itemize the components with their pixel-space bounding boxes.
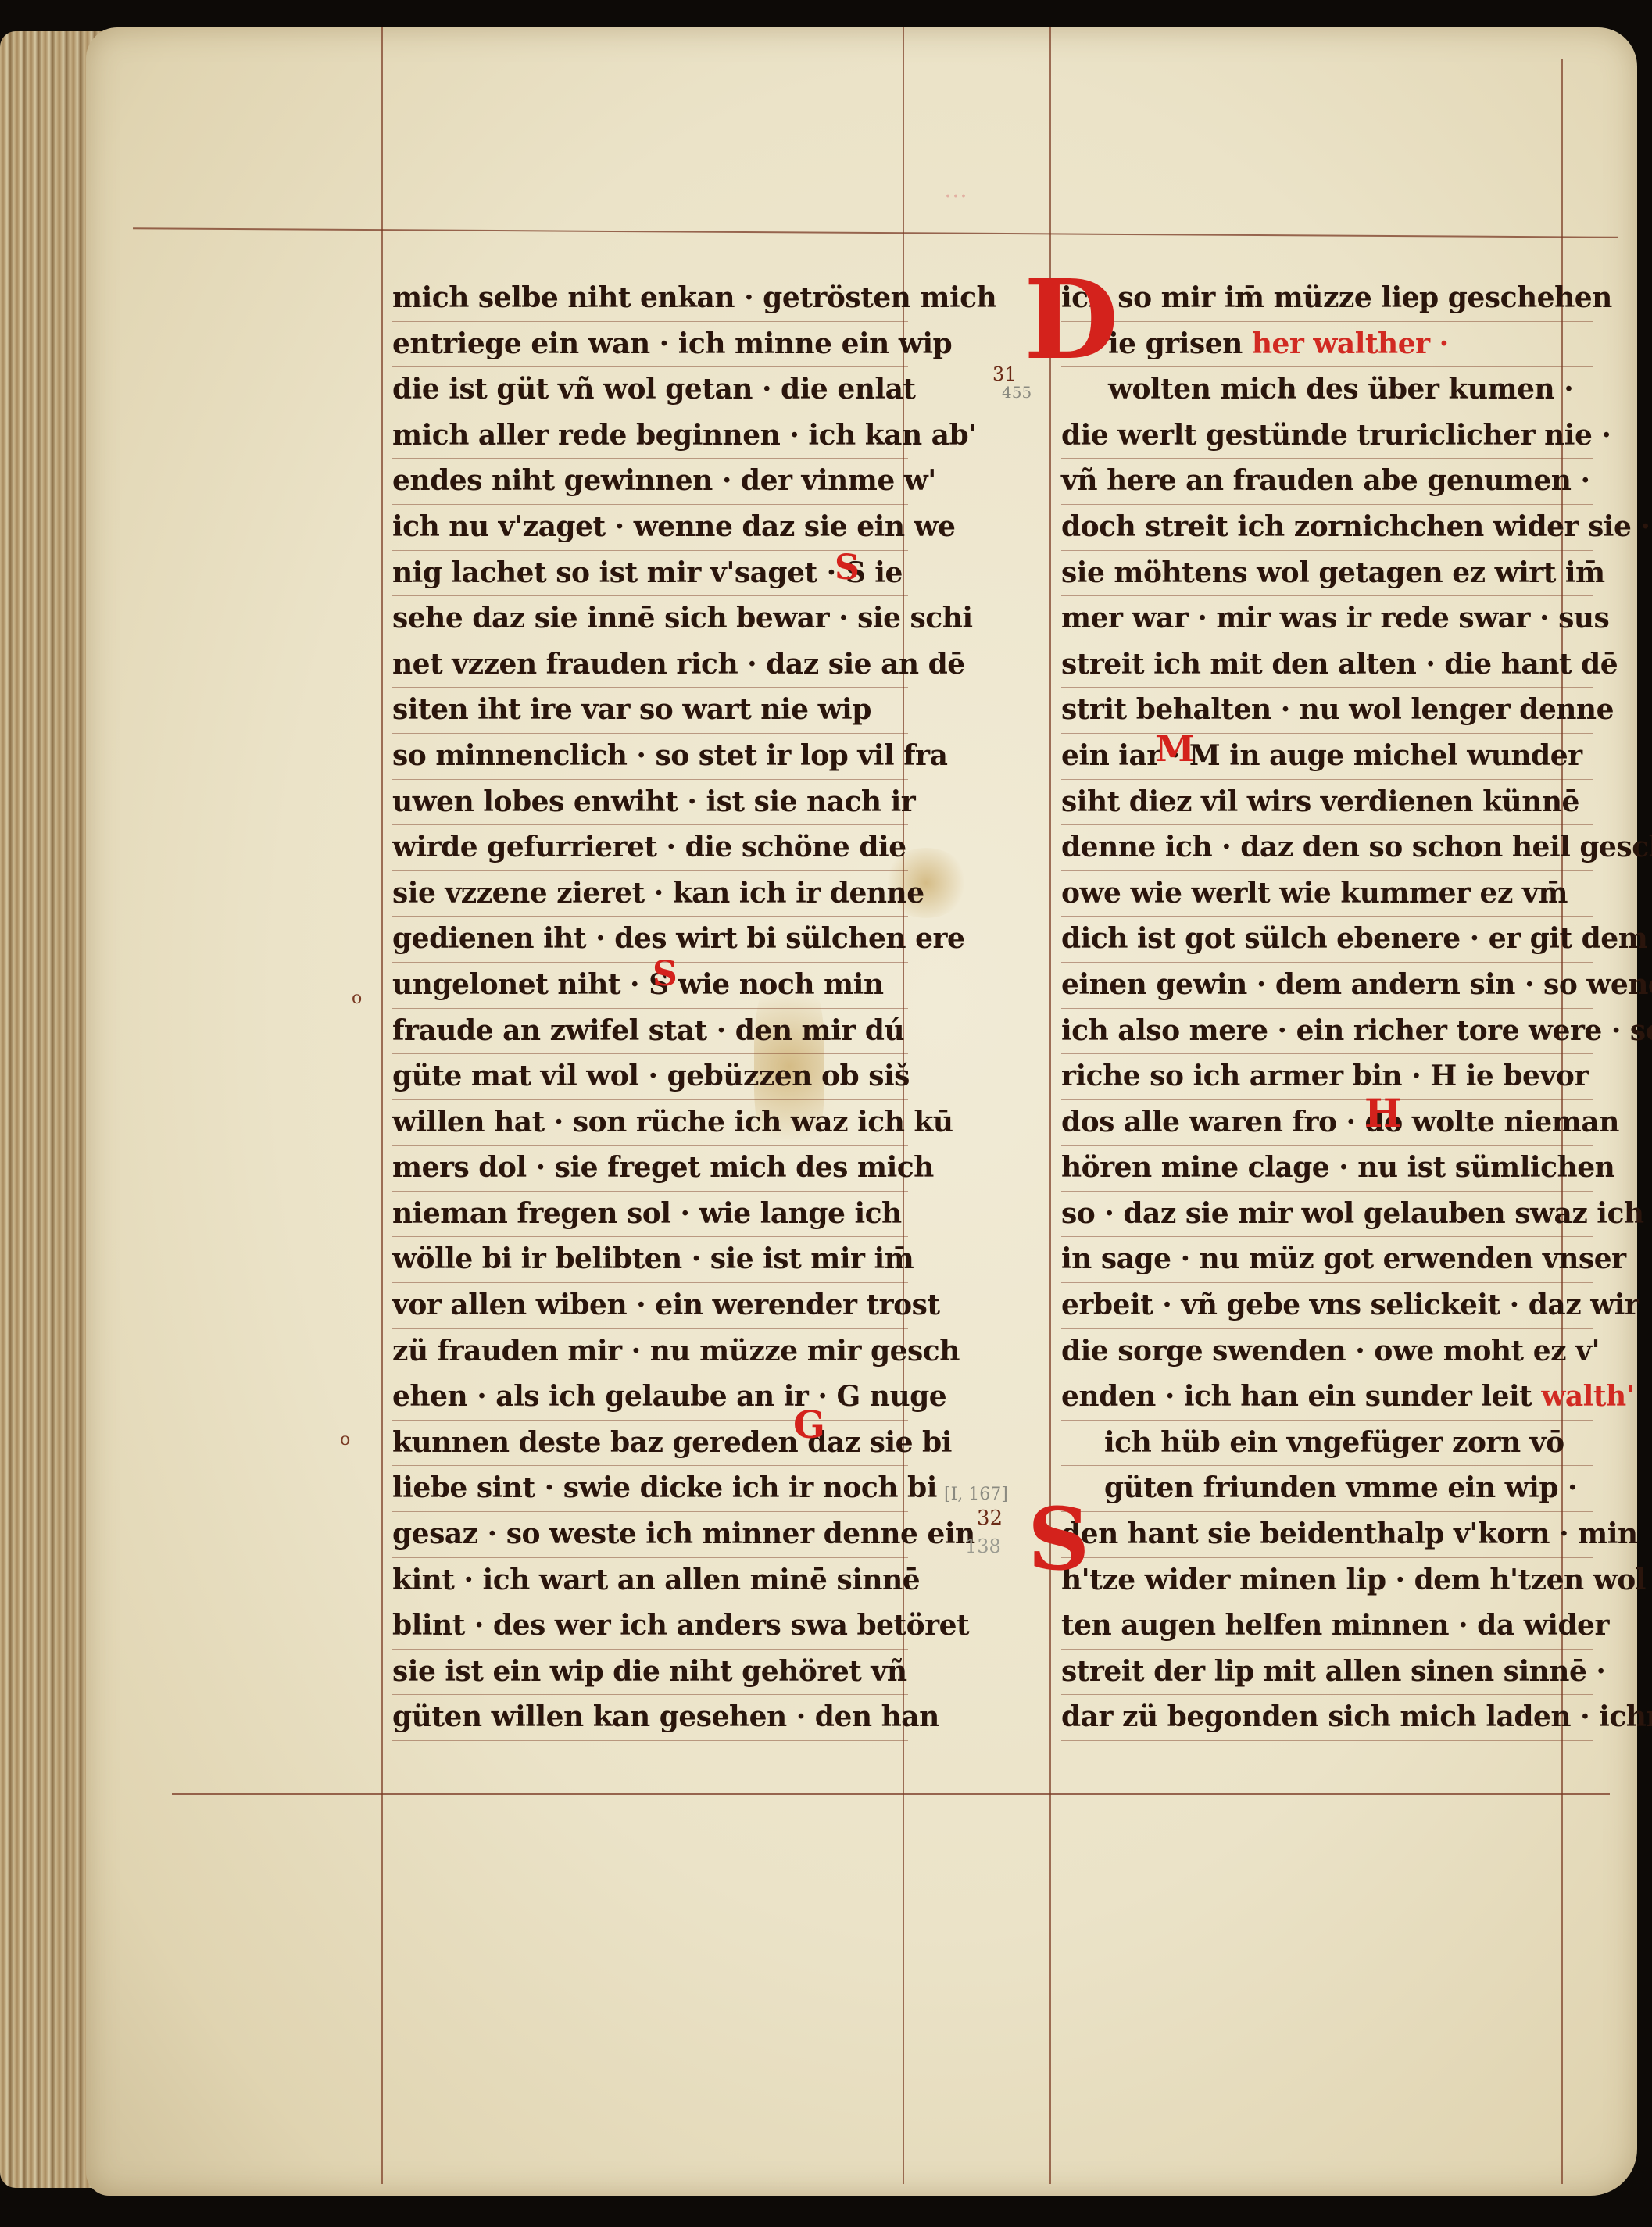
text-line: wirde gefurrieret · die schöne die	[392, 825, 908, 871]
text-line: die ist güt vñ wol getan · die enlat	[392, 367, 908, 413]
text-line: den hant sie beidenthalp v'korn · min	[1061, 1512, 1593, 1558]
margin-mark: o	[340, 1430, 350, 1450]
text-line: sie ist ein wip die niht gehöret vñ	[392, 1650, 908, 1696]
text-line: vor allen wiben · ein werender trost	[392, 1283, 908, 1329]
text-line: sehe daz sie innē sich bewar · sie schi	[392, 596, 908, 642]
text-line: sie möhtens wol getagen ez wirt im̄	[1061, 551, 1593, 597]
text-line: ten augen helfen minnen · da wider	[1061, 1603, 1593, 1650]
text-line: willen hat · son rüche ich waz ich kū	[392, 1100, 908, 1146]
text-line: so · daz sie mir wol gelauben swaz ich	[1061, 1192, 1593, 1238]
rubric-author-name: walth'	[1541, 1380, 1634, 1413]
rubric-initial-large: S	[1028, 1496, 1089, 1582]
rubric-initial: M	[1155, 731, 1195, 767]
text-line: ein iar · M in auge michel wunder	[1061, 734, 1593, 780]
manuscript-page: … mich selbe niht enkan · getrösten mich…	[86, 27, 1637, 2196]
text-line: ich also mere · ein richer tore were · s…	[1061, 1009, 1593, 1055]
right-column: ich so mir im̄ müzze liep geschehen ie g…	[1061, 276, 1593, 1741]
text-line: gedienen iht · des wirt bi sülchen ere	[392, 917, 908, 963]
text-line: mer war · mir was ir rede swar · sus	[1061, 596, 1593, 642]
verse-number: 31	[992, 363, 1017, 385]
text-line: ich hüb ein vngefüger zorn vō	[1061, 1421, 1593, 1467]
text-line: einen gewin · dem andern sin · so wene	[1061, 963, 1593, 1009]
text-line: dar zü begonden sich mich laden · ichn	[1061, 1695, 1593, 1741]
rubric-initial: G	[793, 1407, 825, 1444]
text-line: güten friunden vmme ein wip ·	[1061, 1466, 1593, 1512]
rubric-initial: S	[835, 551, 860, 585]
rubric-author-name: her walther ·	[1252, 327, 1449, 360]
text-line: mers dol · sie freget mich des mich	[392, 1146, 908, 1192]
text-line: in sage · nu müz got erwenden vnser	[1061, 1237, 1593, 1283]
text-line: mich aller rede beginnen · ich kan ab'	[392, 413, 908, 459]
text-line: nieman fregen sol · wie lange ich	[392, 1192, 908, 1238]
ruling-top	[133, 227, 1618, 238]
ruling-left-outer	[381, 27, 383, 2184]
text-line: ich nu v'zaget · wenne daz sie ein we	[392, 505, 908, 551]
text-line: ich so mir im̄ müzze liep geschehen	[1061, 276, 1593, 322]
text-line: streit der lip mit allen sinen sinnē ·	[1061, 1650, 1593, 1696]
text-line: güte mat vil wol · gebüzzen ob siš	[392, 1054, 908, 1100]
rubric-initial: S	[653, 957, 678, 992]
text-line: doch streit ich zornichchen wider sie ·	[1061, 505, 1593, 551]
text-line: güten willen kan gesehen · den han	[392, 1695, 908, 1741]
text-line: ehen · als ich gelaube an ir · G nuge	[392, 1374, 908, 1421]
text-line: zü frauden mir · nu müzze mir gesch	[392, 1329, 908, 1375]
text-line: siht diez vil wirs verdienen künnē	[1061, 780, 1593, 826]
rubric-initial: H	[1364, 1094, 1401, 1133]
text-line: erbeit · vñ gebe vns selickeit · daz wir	[1061, 1283, 1593, 1329]
text-line: fraude an zwifel stat · den mir dú	[392, 1009, 908, 1055]
ruling-bottom	[172, 1793, 1610, 1795]
text-line: hören mine clage · nu ist sümlichen	[1061, 1146, 1593, 1192]
text-line: gesaz · so weste ich minner denne ein	[392, 1512, 908, 1558]
pencil-reference: [I, 167]	[944, 1485, 1008, 1504]
text-line: mich selbe niht enkan · getrösten mich	[392, 276, 908, 322]
text-line: endes niht gewinnen · der vinme w'	[392, 459, 908, 505]
left-column: mich selbe niht enkan · getrösten mich e…	[392, 276, 908, 1741]
text-line: wölle bi ir belibten · sie ist mir im̄	[392, 1237, 908, 1283]
text-line: blint · des wer ich anders swa betöret	[392, 1603, 908, 1650]
verse-number: 32	[977, 1507, 1003, 1530]
text-line: liebe sint · swie dicke ich ir noch bi	[392, 1466, 908, 1512]
text-line: owe wie werlt wie kummer ez vm̄	[1061, 871, 1593, 917]
text-line: streit ich mit den alten · die hant dē	[1061, 642, 1593, 688]
rubric-initial-large: D	[1024, 266, 1118, 375]
text-line: so minnenclich · so stet ir lop vil fra	[392, 734, 908, 780]
text-line: riche so ich armer bin · H ie bevor	[1061, 1054, 1593, 1100]
pencil-number: 455	[1002, 383, 1032, 402]
text-line: wolten mich des über kumen ·	[1061, 367, 1593, 413]
text-line: strit behalten · nu wol lenger denne	[1061, 688, 1593, 734]
faint-rubric-trace: …	[944, 176, 967, 203]
text-line: net vzzen frauden rich · daz sie an dē	[392, 642, 908, 688]
text-line: ungelonet niht · S wie noch min	[392, 963, 908, 1009]
text-line: nig lachet so ist mir v'saget · S ie	[392, 551, 908, 597]
text-line: uwen lobes enwiht · ist sie nach ir	[392, 780, 908, 826]
text-line: entriege ein wan · ich minne ein wip	[392, 322, 908, 368]
text-line: denne ich · daz den so schon heil geschi…	[1061, 825, 1593, 871]
text-line: dos alle waren fro · do wolte nieman	[1061, 1100, 1593, 1146]
text-line: die sorge swenden · owe moht ez v'	[1061, 1329, 1593, 1375]
pencil-number: 138	[965, 1535, 1001, 1557]
text-line: kunnen deste baz gereden daz sie bi	[392, 1421, 908, 1467]
text-line: enden · ich han ein sunder leit walth'	[1061, 1374, 1593, 1421]
text-line: dich ist got sülch ebenere · er git dem	[1061, 917, 1593, 963]
margin-mark: o	[352, 988, 362, 1008]
text-line: vñ here an frauden abe genumen ·	[1061, 459, 1593, 505]
text-line: h'tze wider minen lip · dem h'tzen wol	[1061, 1558, 1593, 1604]
text-line: siten iht ire var so wart nie wip	[392, 688, 908, 734]
text-line: kint · ich wart an allen minē sinnē	[392, 1558, 908, 1604]
text-line: die werlt gestünde truriclicher nie ·	[1061, 413, 1593, 459]
text-line: ie grisen her walther ·	[1061, 322, 1593, 368]
text-line: sie vzzene zieret · kan ich ir denne	[392, 871, 908, 917]
